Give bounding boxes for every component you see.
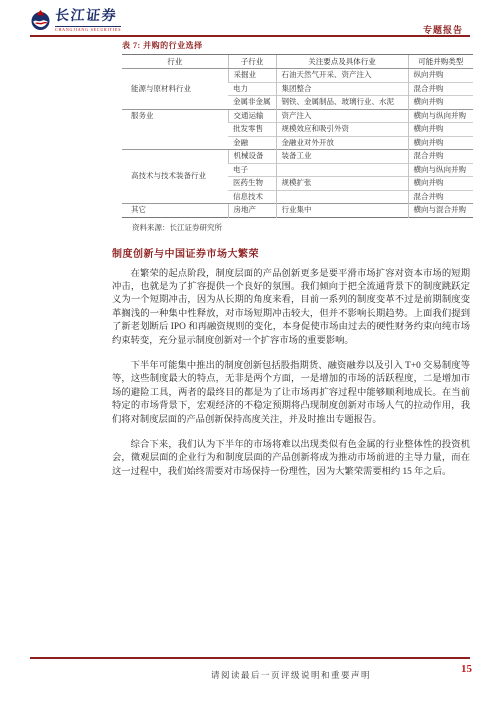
page-content: 表 7: 并购的行业选择 行业 子行业 关注要点及具体行业 可能并购类型 能源与… [112,40,470,491]
industry-table-body: 能源与原材料行业采掘业石油天然气开采、资产注入纵向并购电力集团整合混合并购金属非… [122,69,473,218]
industry-cell: 服务业 [122,109,228,150]
focus-cell: 规模扩张 [276,177,408,191]
body-paragraph: 综合下来，我们认为下半年的市场将难以出现类似有色金属的行业整体性的投资机会，微观… [112,439,470,479]
focus-cell: 装备工业 [276,150,408,164]
focus-cell [276,163,408,177]
ma-industry-table-block: 表 7: 并购的行业选择 行业 子行业 关注要点及具体行业 可能并购类型 能源与… [122,40,473,233]
section-heading: 制度创新与中国证券市场大繁荣 [112,245,470,260]
sub-industry-cell: 电子 [228,163,276,177]
ma-industry-table: 行业 子行业 关注要点及具体行业 可能并购类型 能源与原材料行业采掘业石油天然气… [122,54,473,218]
ma-type-cell: 横向与纵向并购 [408,163,473,177]
table-row: 高技术与技术装备行业机械设备装备工业混合并购 [122,150,473,164]
industry-cell: 其它 [122,204,228,218]
table-row: 能源与原材料行业采掘业石油天然气开采、资产注入纵向并购 [122,69,473,83]
focus-cell: 规模效应和吸引外资 [276,123,408,137]
ma-type-cell: 混合并购 [408,190,473,204]
body-paragraph: 下半年可能集中推出的制度创新包括股指期货、融资融券以及引入 T+0 交易制度等等… [112,360,470,427]
sub-industry-cell: 采掘业 [228,69,276,83]
focus-cell: 资产注入 [276,109,408,123]
sub-industry-cell: 金属非金属 [228,96,276,110]
sub-industry-cell: 批发零售 [228,123,276,137]
body-paragraph: 在繁荣的起点阶段，制度层面的产品创新更多是要平滑市场扩容对资本市场的短期冲击，也… [112,268,470,348]
sub-industry-cell: 金融 [228,136,276,150]
focus-cell: 行业集中 [276,204,408,218]
ma-type-cell: 横向与混合并购 [408,204,473,218]
table-row: 其它房地产行业集中横向与混合并购 [122,204,473,218]
page-number: 15 [461,663,472,675]
ma-type-cell: 横向与纵向并购 [408,109,473,123]
industry-cell: 能源与原材料行业 [122,69,228,110]
logo-subtitle-text: CHANGJIANG SECURITIES [55,26,121,32]
source-note: 资料来源：长江证券研究所 [132,222,473,233]
changjiang-emblem-icon [30,10,51,36]
ma-type-cell: 横向并购 [408,96,473,110]
ma-type-cell: 横向并购 [408,123,473,137]
focus-cell: 金融业对外开放 [276,136,408,150]
sub-industry-cell: 机械设备 [228,150,276,164]
table-header-row: 行业 子行业 关注要点及具体行业 可能并购类型 [122,55,473,69]
footer-disclaimer: 请阅读最后一页评级说明和重要声明 [112,669,470,681]
ma-type-cell: 纵向并购 [408,69,473,83]
header-divider [30,35,470,37]
ma-type-cell: 混合并购 [408,82,473,96]
ma-type-cell: 横向并购 [408,136,473,150]
table-title: 表 7: 并购的行业选择 [122,40,473,51]
focus-cell: 钢铁、金属制品、玻璃行业、水泥 [276,96,408,110]
col-header-sub-industry: 子行业 [228,55,276,69]
ma-type-cell: 横向并购 [408,177,473,191]
col-header-focus: 关注要点及具体行业 [276,55,408,69]
sub-industry-cell: 医药生物 [228,177,276,191]
industry-cell: 高技术与技术装备行业 [122,150,228,204]
sub-industry-cell: 信息技术 [228,190,276,204]
col-header-industry: 行业 [122,55,228,69]
company-logo: 长江证券 CHANGJIANG SECURITIES [30,10,121,36]
logo-brand-text: 长江证券 [54,10,122,24]
sub-industry-cell: 交通运输 [228,109,276,123]
sub-industry-cell: 房地产 [228,204,276,218]
footer-divider [30,657,470,659]
focus-cell: 石油天然气开采、资产注入 [276,69,408,83]
table-row: 服务业交通运输资产注入横向与纵向并购 [122,109,473,123]
focus-cell: 集团整合 [276,82,408,96]
focus-cell [276,190,408,204]
ma-type-cell: 混合并购 [408,150,473,164]
col-header-ma-type: 可能并购类型 [408,55,473,69]
sub-industry-cell: 电力 [228,82,276,96]
